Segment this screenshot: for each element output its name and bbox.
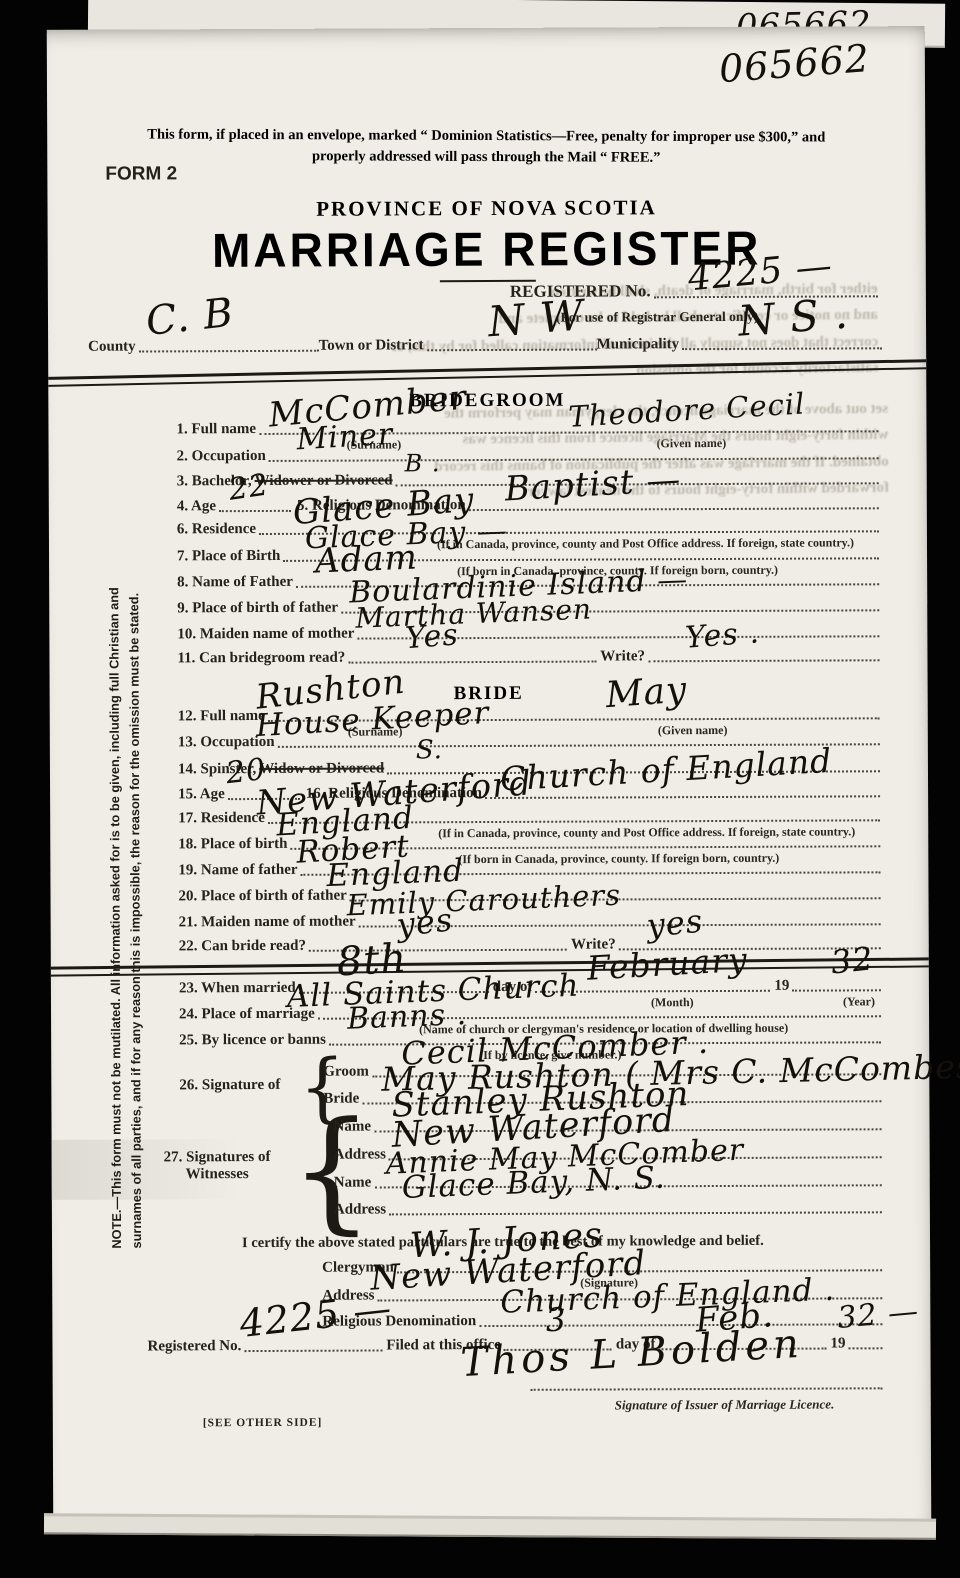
groom-occupation-row: 2. Occupation Miner: [177, 440, 879, 465]
field-label: Name: [334, 1175, 375, 1192]
issuer-signature-hint: Signature of Issuer of Marriage Licence.: [615, 1396, 835, 1413]
field-label: 21. Maiden name of mother: [179, 914, 359, 932]
groom-literacy-row: 11. Can bridegroom read? Write? Yes Yes …: [177, 642, 879, 667]
field-label: Groom: [323, 1064, 372, 1081]
dotted-line: [219, 510, 291, 512]
field-label: 2. Occupation: [177, 448, 269, 465]
field-label: Write?: [596, 648, 648, 665]
margin-note-vertical: NOTE.—This form must not be mutilated. A…: [104, 554, 163, 1248]
place-of-marriage-row: 24. Place of marriage All Saints Church: [179, 998, 881, 1023]
mail-note-line2: properly addressed will pass through the…: [47, 147, 925, 168]
form-number-label: FORM 2: [105, 163, 177, 185]
dotted-line: [244, 1349, 382, 1352]
registrar-note: (For use of Registrar General only): [556, 309, 758, 326]
filed-day-value: 3: [544, 1303, 568, 1336]
field-label: 6. Residence: [177, 521, 259, 538]
bride-mother-row: 21. Maiden name of mother Emily Carouthe…: [179, 906, 881, 931]
mail-instruction-note: This form, if placed in an envelope, mar…: [47, 126, 925, 168]
dotted-line: [427, 349, 597, 352]
groom-religion-value: Baptist —: [504, 463, 682, 507]
scanned-marriage-register-page: 065662 either for birth, marriage or dea…: [0, 0, 960, 1578]
field-label: 9. Place of birth of father: [177, 600, 341, 618]
field-label: 10. Maiden name of mother: [177, 626, 357, 644]
witness2-address-row: Address Glace Bay, N. S.: [334, 1194, 882, 1218]
signature-of-label: 26. Signature of: [179, 1077, 280, 1094]
witness2-address-value: Glace Bay, N. S.: [401, 1163, 666, 1204]
stamp-number: 065662: [718, 39, 871, 88]
field-label: 19. Name of father: [178, 862, 300, 880]
groom-read-value: Yes: [404, 620, 459, 654]
dotted-line: [479, 1323, 882, 1327]
groom-age-religion-row: 4. Age 5. Religious Denomination 22 Bapt…: [177, 490, 879, 515]
bride-birthplace-row: 18. Place of birth England: [178, 828, 880, 853]
groom-status-value: B .: [405, 451, 441, 475]
dotted-line: [648, 659, 879, 662]
bride-religion-value: Church of England: [499, 744, 833, 796]
groom-age-value: 22: [227, 470, 271, 505]
field-label: 1. Full name: [176, 421, 259, 438]
registered-no-value: 4225 —: [686, 248, 834, 297]
field-label: 23. When married: [179, 980, 299, 998]
filed-year-value: 32 —: [836, 1297, 920, 1334]
municipality-label: Municipality: [597, 336, 683, 353]
field-label: 18. Place of birth: [178, 836, 290, 853]
groom-birthplace-row: 7. Place of Birth Glace Bay —: [177, 540, 879, 565]
county-value: C. B: [144, 293, 236, 342]
year-prefix: 19: [770, 978, 792, 995]
field-label: 15. Age: [178, 786, 228, 803]
dotted-line: [792, 989, 881, 991]
groom-residence-row: 6. Residence Glace Bay: [177, 513, 879, 538]
field-label: 7. Place of Birth: [177, 548, 283, 565]
field-label: Address: [334, 1146, 389, 1163]
bride-literacy-row: 22. Can bride read? Write? yes yes: [179, 930, 881, 955]
dotted-line: [389, 1211, 882, 1215]
town-value: N W: [487, 294, 586, 343]
licence-value: Banns .: [347, 1000, 468, 1035]
field-label: 20. Place of birth of father: [178, 888, 349, 906]
filed-registered-no-value: 4225 —: [238, 1289, 394, 1343]
bride-status-value: S.: [416, 737, 443, 763]
groom-full-name-row: 1. Full name McComber Theodore Cecil: [176, 413, 878, 438]
field-label: 22. Can bride read?: [179, 938, 309, 956]
town-label: Town or District: [319, 337, 427, 354]
field-label: Address: [334, 1201, 389, 1218]
dotted-line: [682, 347, 882, 350]
dotted-line: [139, 350, 319, 353]
paper-bottom-edge: [44, 1513, 936, 1539]
field-label: 4. Age: [177, 498, 219, 515]
mail-note-line1: This form, if placed in an envelope, mar…: [47, 126, 925, 147]
groom-occupation-value: Miner: [296, 420, 394, 455]
witnesses-label: 27. Signatures of Witnesses: [164, 1149, 271, 1183]
witnesses-label-line2: Witnesses: [164, 1166, 271, 1183]
field-label: 11. Can bridegroom read?: [177, 650, 348, 668]
groom-mother-value: Martha Wansen: [355, 595, 593, 632]
witnesses-label-line1: 27. Signatures of: [164, 1149, 271, 1166]
municipality-value: N S .: [737, 293, 850, 343]
field-label: Registered No.: [147, 1338, 244, 1355]
bride-given-value: May: [604, 672, 688, 714]
dotted-line: [849, 1347, 883, 1349]
county-label: County: [88, 339, 139, 356]
see-other-side-note: [SEE OTHER SIDE]: [203, 1417, 323, 1430]
bride-mother-value: Emily Carouthers: [346, 881, 621, 921]
form-paper: either for birth, marriage or death, sha…: [47, 26, 932, 1527]
field-label: Name: [333, 1119, 374, 1136]
issuer-signature-row: Thos L Bolden: [531, 1370, 883, 1394]
groom-mother-row: 10. Maiden name of mother Martha Wansen: [177, 618, 879, 643]
dotted-line: [269, 457, 879, 462]
year-prefix: 19: [826, 1335, 848, 1352]
year-value: 32: [829, 942, 875, 978]
month-value: February: [586, 943, 748, 985]
dotted-line: [531, 1387, 883, 1391]
county-row: County Town or District Municipality C. …: [88, 330, 882, 355]
groom-write-value: Yes .: [684, 618, 760, 653]
field-label: 17. Residence: [178, 810, 268, 827]
bride-write-value: yes: [645, 905, 704, 942]
bride-father-row: 19. Name of father Robert: [178, 854, 880, 879]
field-label: 8. Name of Father: [177, 574, 296, 592]
